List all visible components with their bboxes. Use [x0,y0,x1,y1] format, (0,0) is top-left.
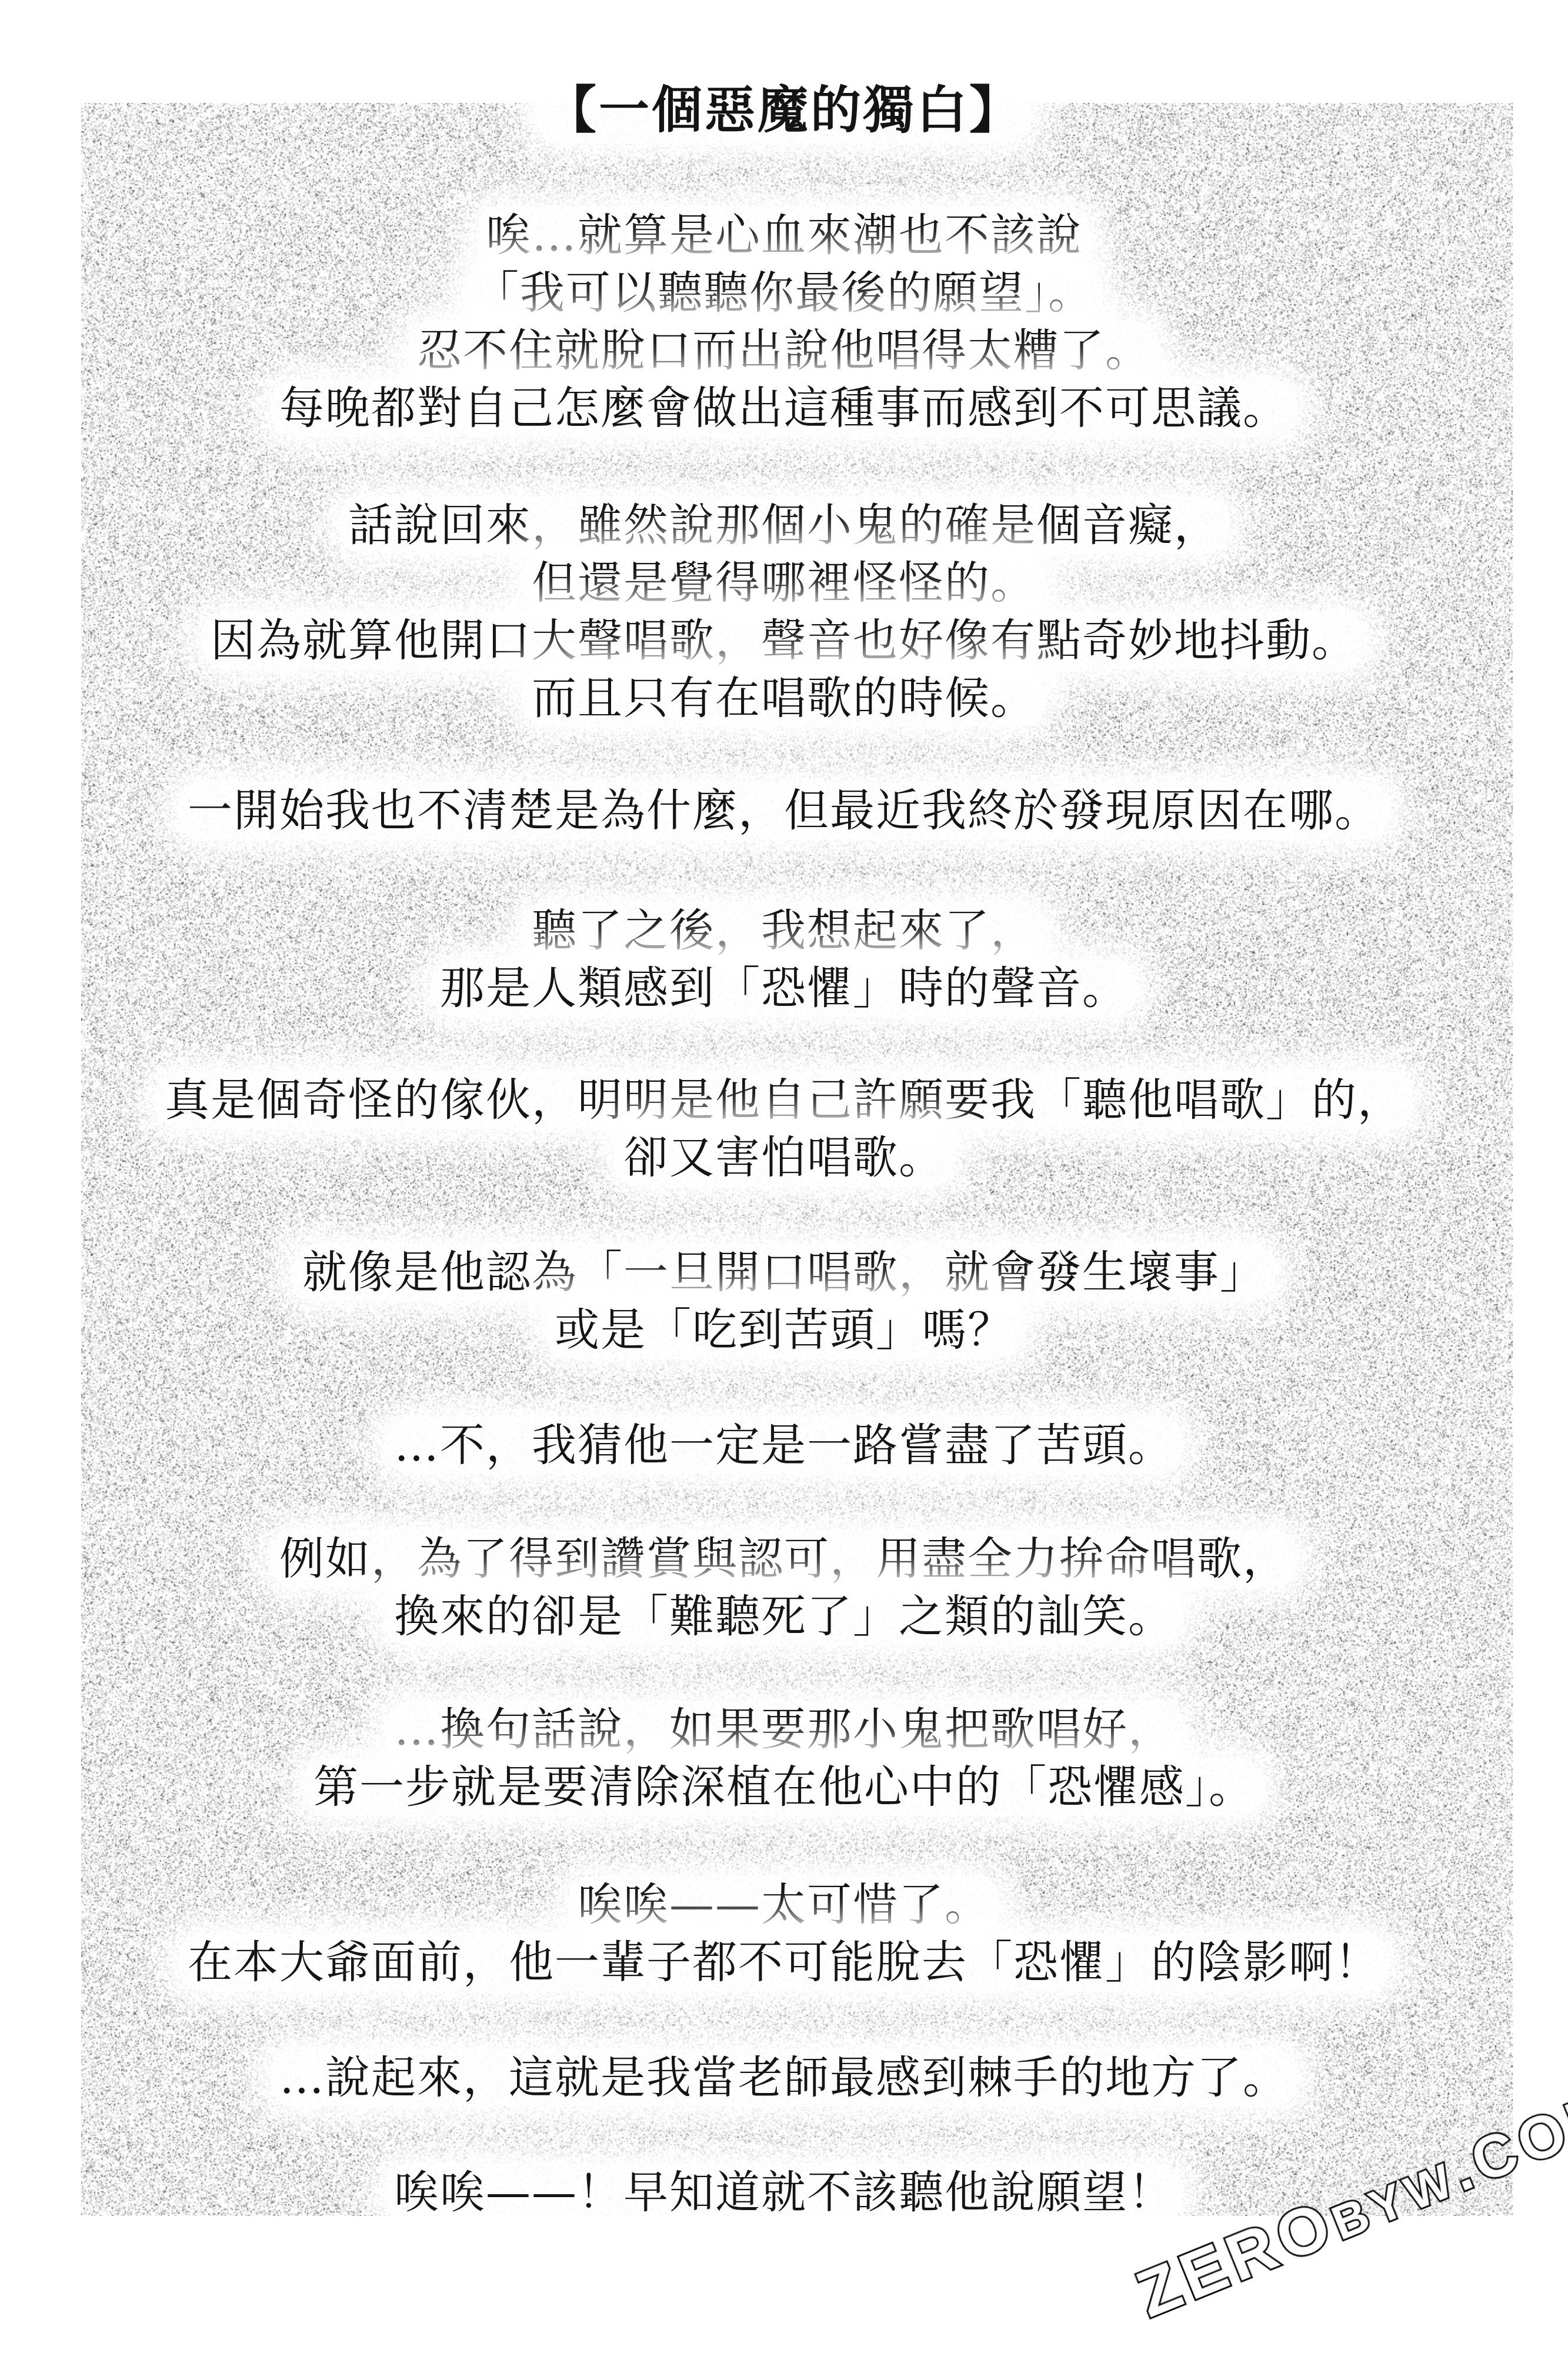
text-line: 例如，為了得到讚賞與認可，用盡全力拚命唱歌， [59,1530,1509,1588]
line-text: …換句話說，如果要那小鬼把歌唱好， [385,1701,1183,1758]
line-text: 第一步就是要清除深植在他心中的「恐懼感」。 [304,1758,1264,1816]
line-text: 真是個奇怪的傢伙，明明是他自己許願要我「聽他唱歌」的， [155,1071,1413,1129]
paragraph-7: …不，我猜他一定是一路嘗盡了苦頭。 [59,1417,1509,1474]
paragraph-5: 真是個奇怪的傢伙，明明是他自己許願要我「聽他唱歌」的， 卻又害怕唱歌。 [59,1071,1509,1187]
paragraph-10: 唉唉——太可惜了。 在本大爺面前，他一輩子都不可能脫去「恐懼」的陰影啊！ [59,1876,1509,1991]
line-text: …說起來，這就是我當老師最感到棘手的地方了。 [270,2049,1298,2107]
manga-monologue-page: 【一個惡魔的獨白】 唉…就算是心血來潮也不該說 「我可以聽聽你最後的願望」。 忍… [0,0,1568,2353]
text-line: 話說回來，雖然說那個小鬼的確是個音癡， [59,496,1509,554]
paragraph-2: 話說回來，雖然說那個小鬼的確是個音癡， 但還是覺得哪裡怪怪的。 因為就算他開口大… [59,496,1509,727]
text-line: 在本大爺面前，他一輩子都不可能脫去「恐懼」的陰影啊！ [59,1934,1509,1991]
text-line: 一開始我也不清楚是為什麼，但最近我終於發現原因在哪。 [59,782,1509,839]
paragraph-11: …說起來，這就是我當老師最感到棘手的地方了。 [59,2049,1509,2107]
title-text: 【一個惡魔的獨白】 [536,78,1032,144]
text-line: 但還是覺得哪裡怪怪的。 [59,554,1509,612]
line-text: 卻又害怕唱歌。 [614,1129,954,1187]
line-text: 唉…就算是心血來潮也不該說 [476,206,1092,264]
paragraph-1: 唉…就算是心血來潮也不該說 「我可以聽聽你最後的願望」。 忍不住就脫口而出說他唱… [59,206,1509,437]
paragraph-6: 就像是他認為「一旦開口唱歌，就會發生壞事」 或是「吃到苦頭」嗎？ [59,1244,1509,1359]
line-text: 一開始我也不清楚是為什麼，但最近我終於發現原因在哪。 [178,782,1390,839]
text-line: 那是人類感到「恐懼」時的聲音。 [59,959,1509,1017]
text-line: …換句話說，如果要那小鬼把歌唱好， [59,1701,1509,1758]
text-line: 「我可以聽聽你最後的願望」。 [59,264,1509,322]
paragraph-4: 聽了之後，我想起來了， 那是人類感到「恐懼」時的聲音。 [59,902,1509,1017]
text-line: 或是「吃到苦頭」嗎？ [59,1301,1509,1359]
line-text: 因為就算他開口大聲唱歌，聲音也好像有點奇妙地抖動。 [201,612,1367,669]
text-line: 卻又害怕唱歌。 [59,1129,1509,1187]
text-line: 換來的卻是「難聽死了」之類的訕笑。 [59,1588,1509,1645]
line-text: 或是「吃到苦頭」嗎？ [545,1301,1023,1359]
line-text: 就像是他認為「一旦開口唱歌，就會發生壞事」 [293,1244,1275,1301]
line-text: 而且只有在唱歌的時候。 [522,669,1046,727]
line-text: 聽了之後，我想起來了， [522,902,1046,959]
page-title: 【一個惡魔的獨白】 [59,78,1509,144]
line-text: 「我可以聽聽你最後的願望」。 [465,264,1103,322]
line-text: 但還是覺得哪裡怪怪的。 [522,554,1046,612]
text-line: 唉唉——太可惜了。 [59,1876,1509,1934]
line-text: 在本大爺面前，他一輩子都不可能脫去「恐懼」的陰影啊！ [178,1934,1390,1991]
text-line: 唉…就算是心血來潮也不該說 [59,206,1509,264]
text-line: 忍不住就脫口而出說他唱得太糟了。 [59,322,1509,379]
text-line: 就像是他認為「一旦開口唱歌，就會發生壞事」 [59,1244,1509,1301]
line-text: 每晚都對自己怎麼會做出這種事而感到不可思議。 [270,379,1298,437]
line-text: 那是人類感到「恐懼」時的聲音。 [431,959,1137,1017]
line-text: 唉唉——太可惜了。 [568,1876,1000,1934]
text-line: …說起來，這就是我當老師最感到棘手的地方了。 [59,2049,1509,2107]
paragraph-8: 例如，為了得到讚賞與認可，用盡全力拚命唱歌， 換來的卻是「難聽死了」之類的訕笑。 [59,1530,1509,1645]
paragraph-3: 一開始我也不清楚是為什麼，但最近我終於發現原因在哪。 [59,782,1509,839]
text-line: 第一步就是要清除深植在他心中的「恐懼感」。 [59,1758,1509,1816]
text-line: 而且只有在唱歌的時候。 [59,669,1509,727]
line-text: 話說回來，雖然說那個小鬼的確是個音癡， [339,496,1229,554]
line-text: 唉唉——！早知道就不該聽他說願望！ [385,2164,1183,2221]
line-text: 忍不住就脫口而出說他唱得太糟了。 [408,322,1160,379]
line-text: …不，我猜他一定是一路嘗盡了苦頭。 [385,1417,1183,1474]
line-text: 換來的卻是「難聽死了」之類的訕笑。 [385,1588,1183,1645]
line-text: 例如，為了得到讚賞與認可，用盡全力拚命唱歌， [270,1530,1298,1588]
paragraph-9: …換句話說，如果要那小鬼把歌唱好， 第一步就是要清除深植在他心中的「恐懼感」。 [59,1701,1509,1816]
text-line: 因為就算他開口大聲唱歌，聲音也好像有點奇妙地抖動。 [59,612,1509,669]
text-line: 聽了之後，我想起來了， [59,902,1509,959]
title-line: 【一個惡魔的獨白】 [59,78,1509,144]
text-line: 每晚都對自己怎麼會做出這種事而感到不可思議。 [59,379,1509,437]
text-line: …不，我猜他一定是一路嘗盡了苦頭。 [59,1417,1509,1474]
text-line: 真是個奇怪的傢伙，明明是他自己許願要我「聽他唱歌」的， [59,1071,1509,1129]
